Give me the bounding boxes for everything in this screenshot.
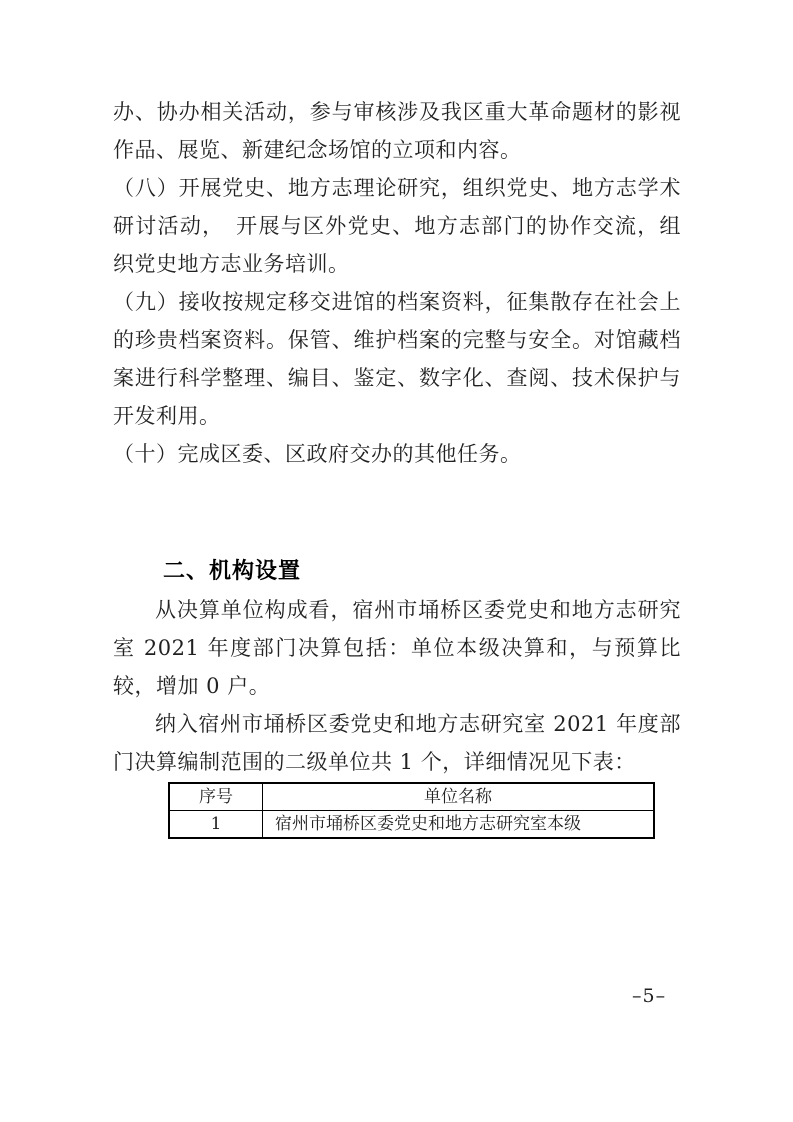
paragraph-duty-8: （八）开展党史、地方志理论研究，组织党史、地方志学术研讨活动， 开展与区外党史、… [113, 169, 681, 283]
units-table-header-row: 序号 单位名称 [169, 783, 654, 811]
paragraph-duties-continuation: 办、协办相关活动，参与审核涉及我区重大革命题材的影视作品、展览、新建纪念场馆的立… [113, 93, 681, 169]
section-heading-org-setup: 二、机构设置 [163, 553, 681, 591]
page-number: –5– [632, 983, 666, 1009]
table-row: 1 宿州市埇桥区委党史和地方志研究室本级 [169, 811, 654, 839]
table-cell-unit-name: 宿州市埇桥区委党史和地方志研究室本级 [263, 811, 655, 839]
paragraph-unit-composition: 从决算单位构成看，宿州市埇桥区委党史和地方志研究室 2021 年度部门决算包括：… [113, 591, 681, 705]
paragraph-duty-10: （十）完成区委、区政府交办的其他任务。 [113, 435, 681, 473]
document-content: 办、协办相关活动，参与审核涉及我区重大革命题材的影视作品、展览、新建纪念场馆的立… [113, 93, 681, 839]
document-page: 办、协办相关活动，参与审核涉及我区重大革命题材的影视作品、展览、新建纪念场馆的立… [0, 0, 793, 1122]
table-header-seq: 序号 [169, 783, 263, 811]
units-table: 序号 单位名称 1 宿州市埇桥区委党史和地方志研究室本级 [168, 782, 655, 839]
table-header-unit-name: 单位名称 [263, 783, 655, 811]
table-cell-seq: 1 [169, 811, 263, 839]
paragraph-unit-scope: 纳入宿州市埇桥区委党史和地方志研究室 2021 年度部门决算编制范围的二级单位共… [113, 705, 681, 781]
paragraph-duty-9: （九）接收按规定移交进馆的档案资料，征集散存在社会上的珍贵档案资料。保管、维护档… [113, 283, 681, 435]
